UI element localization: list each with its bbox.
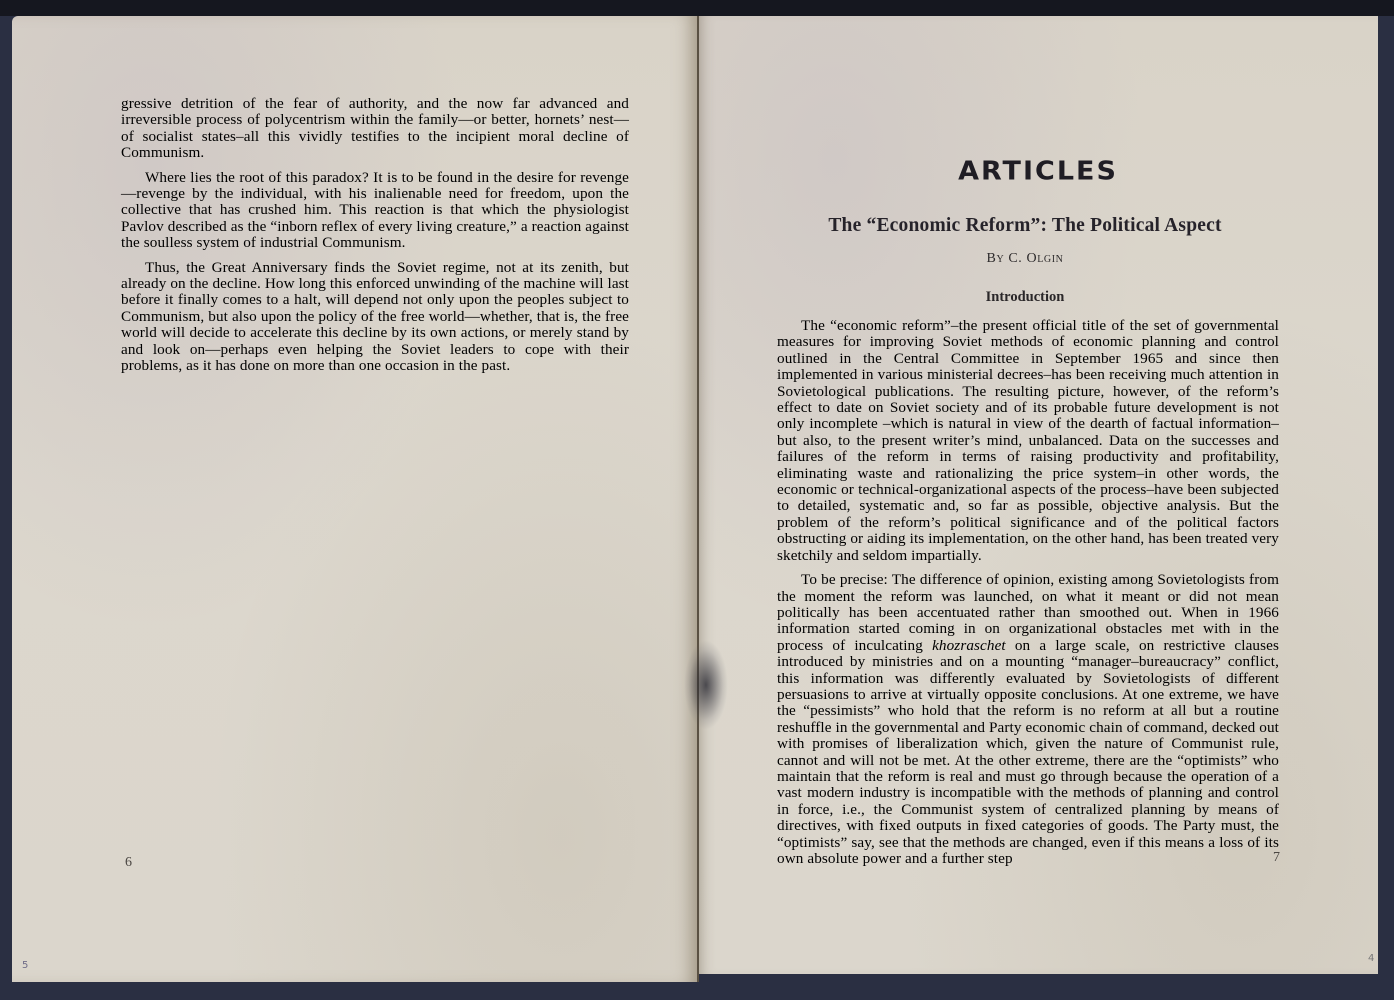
ink-smudge — [684, 640, 728, 730]
italic-term: khozraschet — [932, 637, 1006, 654]
page-number: 7 — [1273, 850, 1280, 866]
corner-mark: 5 — [22, 960, 28, 971]
subheading: Introduction — [698, 289, 1352, 306]
left-page-body: gressive detrition of the fear of author… — [121, 96, 629, 383]
byline: By C. Olgin — [698, 251, 1352, 267]
paragraph: The “economic reform”–the present offici… — [777, 318, 1279, 564]
paragraph: gressive detrition of the fear of author… — [121, 96, 629, 162]
paragraph: To be precise: The difference of opinion… — [777, 572, 1279, 867]
paragraph-text: on a large scale, on restrictive clauses… — [777, 637, 1279, 867]
scanner-backdrop — [0, 0, 1394, 16]
paragraph: Where lies the root of this paradox? It … — [121, 170, 629, 252]
page-number: 6 — [125, 855, 132, 871]
section-label: ARTICLES — [698, 157, 1378, 186]
article-title: The “Economic Reform”: The Political Asp… — [698, 215, 1352, 237]
right-page-body: The “economic reform”–the present offici… — [777, 318, 1279, 875]
corner-mark: 4 — [1368, 953, 1374, 964]
paragraph: Thus, the Great Anniversary finds the So… — [121, 260, 629, 375]
